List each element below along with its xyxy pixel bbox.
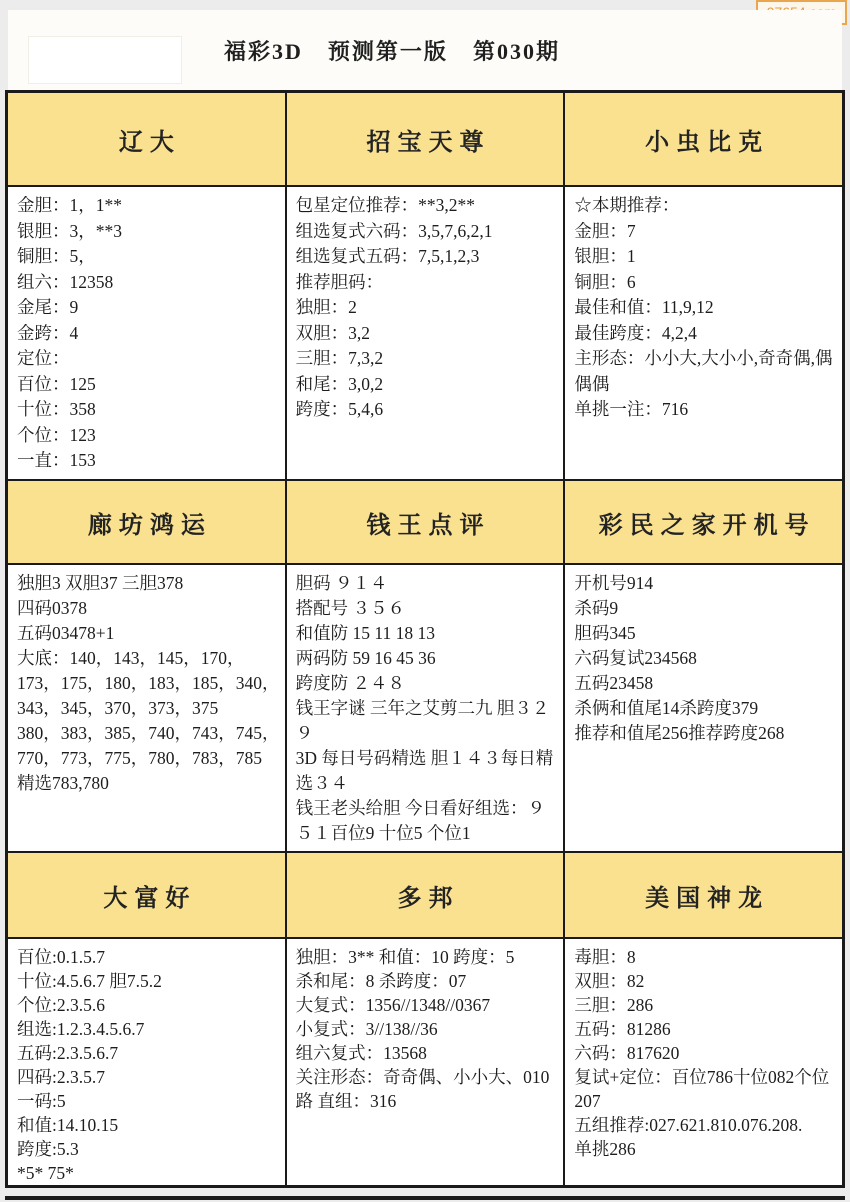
title-issue: 第030期 (473, 35, 560, 66)
masthead: 福彩3D 预测第一版 第030期 (8, 10, 842, 90)
panel-header-qianwang-dianping: 钱王点评 (287, 481, 564, 563)
prediction-line: 最佳和值：11,9,12 (574, 295, 837, 321)
panel-header-duobang: 多邦 (287, 853, 564, 937)
prediction-line: 推荐和值尾256推荐跨度268 (574, 721, 837, 746)
prediction-line: 独胆3 双胆37 三胆378 (17, 571, 280, 596)
prediction-line: 铜胆：6 (574, 270, 837, 296)
prediction-line: 三胆：7,3,2 (296, 346, 559, 372)
prediction-line: 银胆：3，**3 (17, 219, 280, 245)
panel-body-qianwang-dianping: 胆码 ９１４搭配号 ３５６和值防 15 11 18 13两码防 59 16 45… (287, 565, 564, 851)
prediction-line: 十位:4.5.6.7 胆7.5.2 (17, 969, 280, 993)
title-edition: 预测第一版 (328, 35, 448, 66)
prediction-line: 金跨：4 (17, 321, 280, 347)
prediction-line: 六码：817620 (574, 1041, 837, 1065)
prediction-line: 定位： (17, 346, 280, 372)
prediction-line: 精选783,780 (17, 771, 280, 796)
prediction-line: 单挑一注：716 (574, 397, 837, 423)
prediction-line: 跨度防 ２４８ (296, 671, 559, 696)
prediction-line: 百位:0.1.5.7 (17, 945, 280, 969)
prediction-line: 钱王老头给胆 今日看好组选：９５１百位9 十位5 个位1 (296, 796, 559, 846)
prediction-line: 金尾：9 (17, 295, 280, 321)
prediction-line: ☆本期推荐： (574, 193, 837, 219)
prediction-line: 复试+定位：百位786十位082个位207 (574, 1065, 837, 1113)
prediction-line: 四码:2.3.5.7 (17, 1065, 280, 1089)
prediction-line: 胆码345 (574, 621, 837, 646)
prediction-line: 组六：12358 (17, 270, 280, 296)
panel-body-caimin-zhijia-kaijihao: 开机号914杀码9胆码345六码复试234568五码23458杀俩和值尾14杀跨… (565, 565, 842, 851)
prediction-line: 独胆：2 (296, 295, 559, 321)
prediction-line: 跨度：5,4,6 (296, 397, 559, 423)
prediction-line: 3D 每日号码精选 胆１４３每日精选３４ (296, 746, 559, 796)
prediction-table: 辽大 招宝天尊 小虫比克 金胆：1，1**银胆：3，**3铜胆：5，组六：123… (5, 90, 845, 1188)
panel-header-zhaobao-tianzun: 招宝天尊 (287, 93, 564, 185)
prediction-line: 和值防 15 11 18 13 (296, 621, 559, 646)
prediction-line: 组选复式六码：3,5,7,6,2,1 (296, 219, 559, 245)
prediction-line: 和值:14.10.15 (17, 1113, 280, 1137)
panel-header-xiaochong-bike: 小虫比克 (565, 93, 842, 185)
prediction-line: 六码复试234568 (574, 646, 837, 671)
panel-header-liaoda: 辽大 (8, 93, 285, 185)
prediction-line: 金胆：1，1** (17, 193, 280, 219)
prediction-line: 组选:1.2.3.4.5.6.7 (17, 1017, 280, 1041)
page-title: 福彩3D 预测第一版 第030期 (0, 10, 809, 90)
prediction-line: 单挑286 (574, 1137, 837, 1161)
prediction-line: 双胆：82 (574, 969, 837, 993)
panel-body-zhaobao-tianzun: 包星定位推荐：**3,2**组选复式六码：3,5,7,6,2,1组选复式五码：7… (287, 187, 564, 479)
prediction-line: 小复式：3//138//36 (296, 1017, 559, 1041)
prediction-line: 个位：123 (17, 423, 280, 449)
prediction-line: 两码防 59 16 45 36 (296, 646, 559, 671)
prediction-line: 个位:2.3.5.6 (17, 993, 280, 1017)
prediction-line: 380，383，385，740，743，745，770，773，775，780，… (17, 721, 280, 771)
prediction-line: 主形态：小小大,大小小,奇奇偶,偶偶偶 (574, 346, 837, 397)
panel-header-dafuhao: 大富好 (8, 853, 285, 937)
prediction-line: 五码：81286 (574, 1017, 837, 1041)
prediction-line: 十位：358 (17, 397, 280, 423)
prediction-line: 包星定位推荐：**3,2** (296, 193, 559, 219)
prediction-line: 关注形态：奇奇偶、小小大、010路 直组：316 (296, 1065, 559, 1113)
prediction-line: 胆码 ９１４ (296, 571, 559, 596)
prediction-line: 组选复式五码：7,5,1,2,3 (296, 244, 559, 270)
next-row-cutoff-border (5, 1196, 845, 1200)
prediction-line: 组六复式：13568 (296, 1041, 559, 1065)
prediction-line: 一直：153 (17, 448, 280, 474)
panel-body-liaoda: 金胆：1，1**银胆：3，**3铜胆：5，组六：12358金尾：9金跨：4定位：… (8, 187, 285, 479)
prediction-line: 五码:2.3.5.6.7 (17, 1041, 280, 1065)
prediction-line: 毒胆：8 (574, 945, 837, 969)
prediction-line: 独胆：3** 和值：10 跨度：5 (296, 945, 559, 969)
prediction-line: 大复式：1356//1348//0367 (296, 993, 559, 1017)
prediction-line: 跨度:5.3 (17, 1137, 280, 1161)
prediction-line: 钱王字谜 三年之艾剪二九 胆３２９ (296, 696, 559, 746)
prediction-line: 双胆：3,2 (296, 321, 559, 347)
prediction-line: 杀码9 (574, 596, 837, 621)
panel-header-meiguo-shenlong: 美国神龙 (565, 853, 842, 937)
prediction-line: *5* 75* (17, 1161, 280, 1185)
title-brand: 福彩3D (224, 35, 303, 66)
page: 97654.com 福彩3D 预测第一版 第030期 辽大 招宝天尊 小虫比克 … (0, 0, 850, 1202)
prediction-line: 开机号914 (574, 571, 837, 596)
prediction-line: 四码0378 (17, 596, 280, 621)
panel-header-langfang-hongyun: 廊坊鸿运 (8, 481, 285, 563)
prediction-line: 大底：140，143，145，170，173，175，180，183，185，3… (17, 646, 280, 721)
panel-body-meiguo-shenlong: 毒胆：8双胆：82三胆：286五码：81286六码：817620复试+定位：百位… (565, 939, 842, 1185)
panel-header-caimin-zhijia-kaijihao: 彩民之家开机号 (565, 481, 842, 563)
prediction-line: 铜胆：5， (17, 244, 280, 270)
prediction-line: 一码:5 (17, 1089, 280, 1113)
prediction-line: 搭配号 ３５６ (296, 596, 559, 621)
prediction-line: 银胆：1 (574, 244, 837, 270)
prediction-line: 五码23458 (574, 671, 837, 696)
prediction-line: 和尾：3,0,2 (296, 372, 559, 398)
panel-body-duobang: 独胆：3** 和值：10 跨度：5杀和尾：8 杀跨度：07大复式：1356//1… (287, 939, 564, 1185)
prediction-line: 五组推荐:027.621.810.076.208. (574, 1113, 837, 1137)
panel-body-langfang-hongyun: 独胆3 双胆37 三胆378四码0378五码03478+1大底：140，143，… (8, 565, 285, 851)
prediction-line: 三胆：286 (574, 993, 837, 1017)
prediction-line: 杀俩和值尾14杀跨度379 (574, 696, 837, 721)
prediction-line: 杀和尾：8 杀跨度：07 (296, 969, 559, 993)
prediction-line: 五码03478+1 (17, 621, 280, 646)
prediction-line: 金胆：7 (574, 219, 837, 245)
prediction-line: 最佳跨度：4,2,4 (574, 321, 837, 347)
prediction-line: 百位：125 (17, 372, 280, 398)
panel-body-dafuhao: 百位:0.1.5.7十位:4.5.6.7 胆7.5.2个位:2.3.5.6组选:… (8, 939, 285, 1185)
panel-body-xiaochong-bike: ☆本期推荐：金胆：7银胆：1铜胆：6最佳和值：11,9,12最佳跨度：4,2,4… (565, 187, 842, 479)
prediction-line: 推荐胆码： (296, 270, 559, 296)
